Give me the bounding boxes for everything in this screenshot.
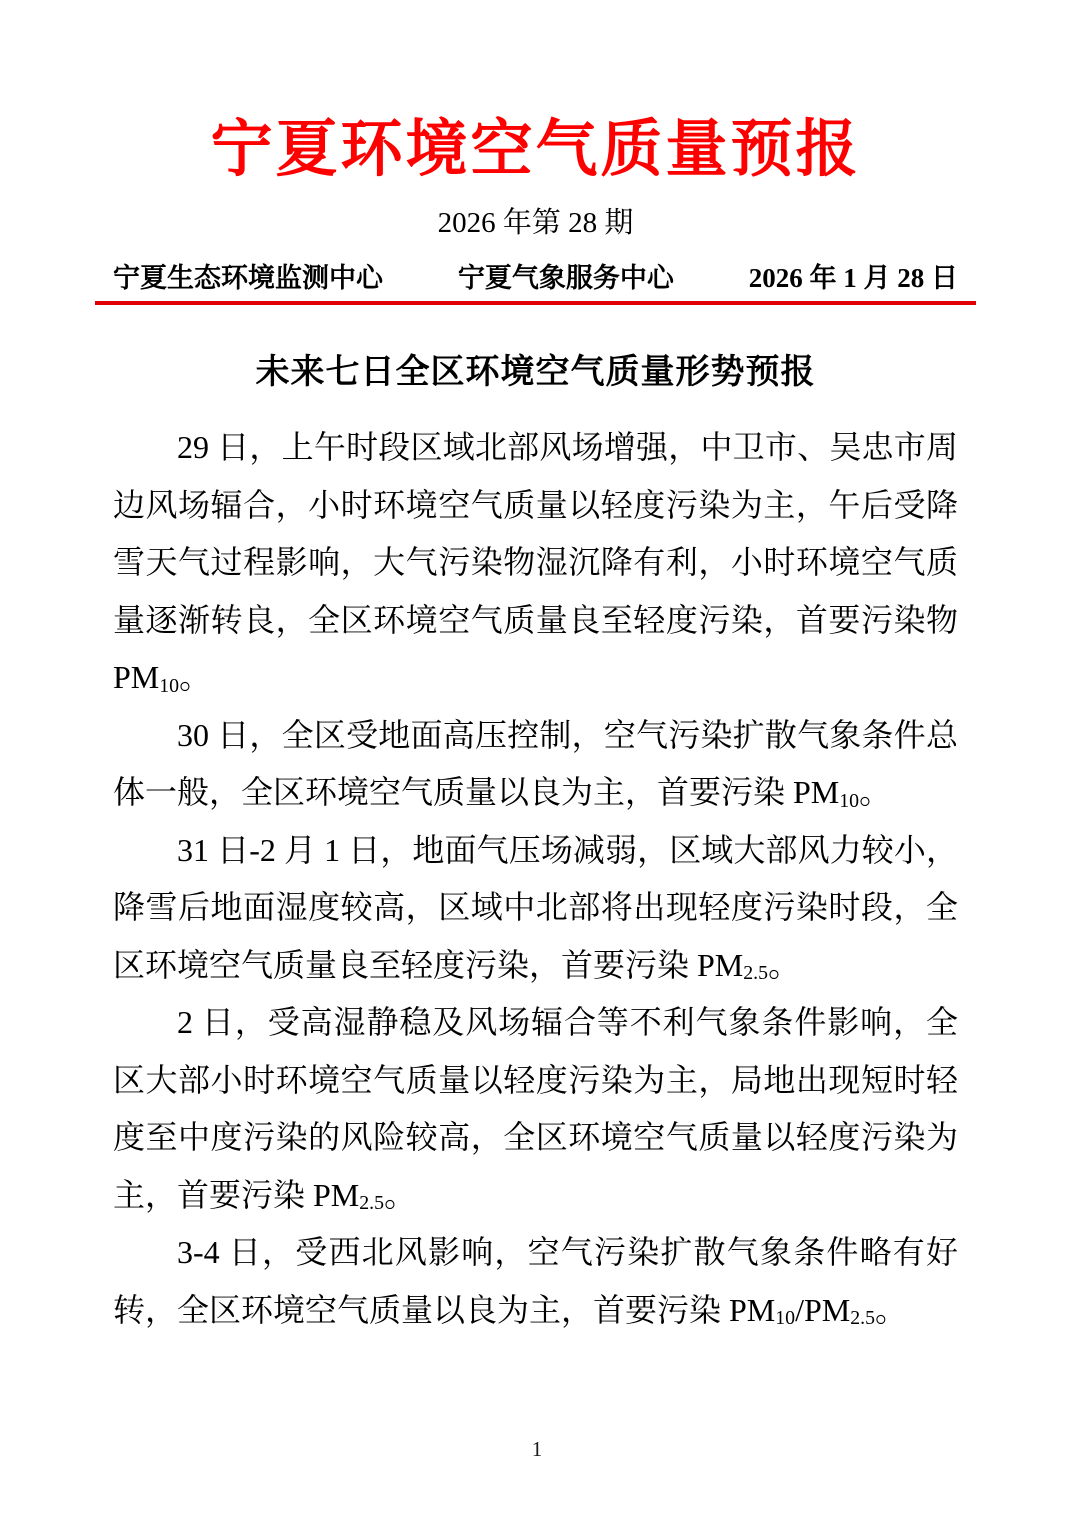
body-paragraph: 31 日-2 月 1 日，地面气压场减弱，区域大部风力较小，降雪后地面湿度较高，… <box>113 822 958 995</box>
section-title: 未来七日全区环境空气质量形势预报 <box>113 351 958 394</box>
document-content: 宁夏环境空气质量预报 2026 年第 28 期 宁夏生态环境监测中心 宁夏气象服… <box>0 0 1074 1339</box>
body-paragraph: 3-4 日，受西北风影响，空气污染扩散气象条件略有好转，全区环境空气质量以良为主… <box>113 1224 958 1339</box>
masthead-row: 宁夏生态环境监测中心 宁夏气象服务中心 2026 年 1 月 28 日 <box>113 262 958 294</box>
org-monitoring-center-label: 宁夏生态环境监测中心 <box>113 262 383 294</box>
body-paragraph: 2 日，受高湿静稳及风场辐合等不利气象条件影响，全区大部小时环境空气质量以轻度污… <box>113 994 958 1224</box>
issue-number: 2026 年第 28 期 <box>113 206 958 241</box>
pm-subscript: 2.5 <box>743 962 768 984</box>
org-weather-service-label: 宁夏气象服务中心 <box>458 262 674 294</box>
body-paragraph: 29 日，上午时段区域北部风场增强，中卫市、吴忠市周边风场辐合，小时环境空气质量… <box>113 419 958 707</box>
issue-date-label: 2026 年 1 月 28 日 <box>749 262 958 294</box>
pm-subscript: 2.5 <box>850 1307 875 1329</box>
body-paragraphs: 29 日，上午时段区域北部风场增强，中卫市、吴忠市周边风场辐合，小时环境空气质量… <box>113 419 958 1339</box>
red-divider-rule <box>95 301 976 305</box>
page-number: 1 <box>0 1437 1074 1462</box>
pm-subscript: 10 <box>839 790 859 812</box>
body-paragraph: 30 日，全区受地面高压控制，空气污染扩散气象条件总体一般，全区环境空气质量以良… <box>113 707 958 822</box>
document-title: 宁夏环境空气质量预报 <box>113 0 958 190</box>
document-page: 宁夏环境空气质量预报 2026 年第 28 期 宁夏生态环境监测中心 宁夏气象服… <box>0 0 1074 1520</box>
pm-subscript: 10 <box>159 675 179 697</box>
pm-subscript: 10 <box>775 1307 795 1329</box>
pm-subscript: 2.5 <box>359 1192 384 1214</box>
